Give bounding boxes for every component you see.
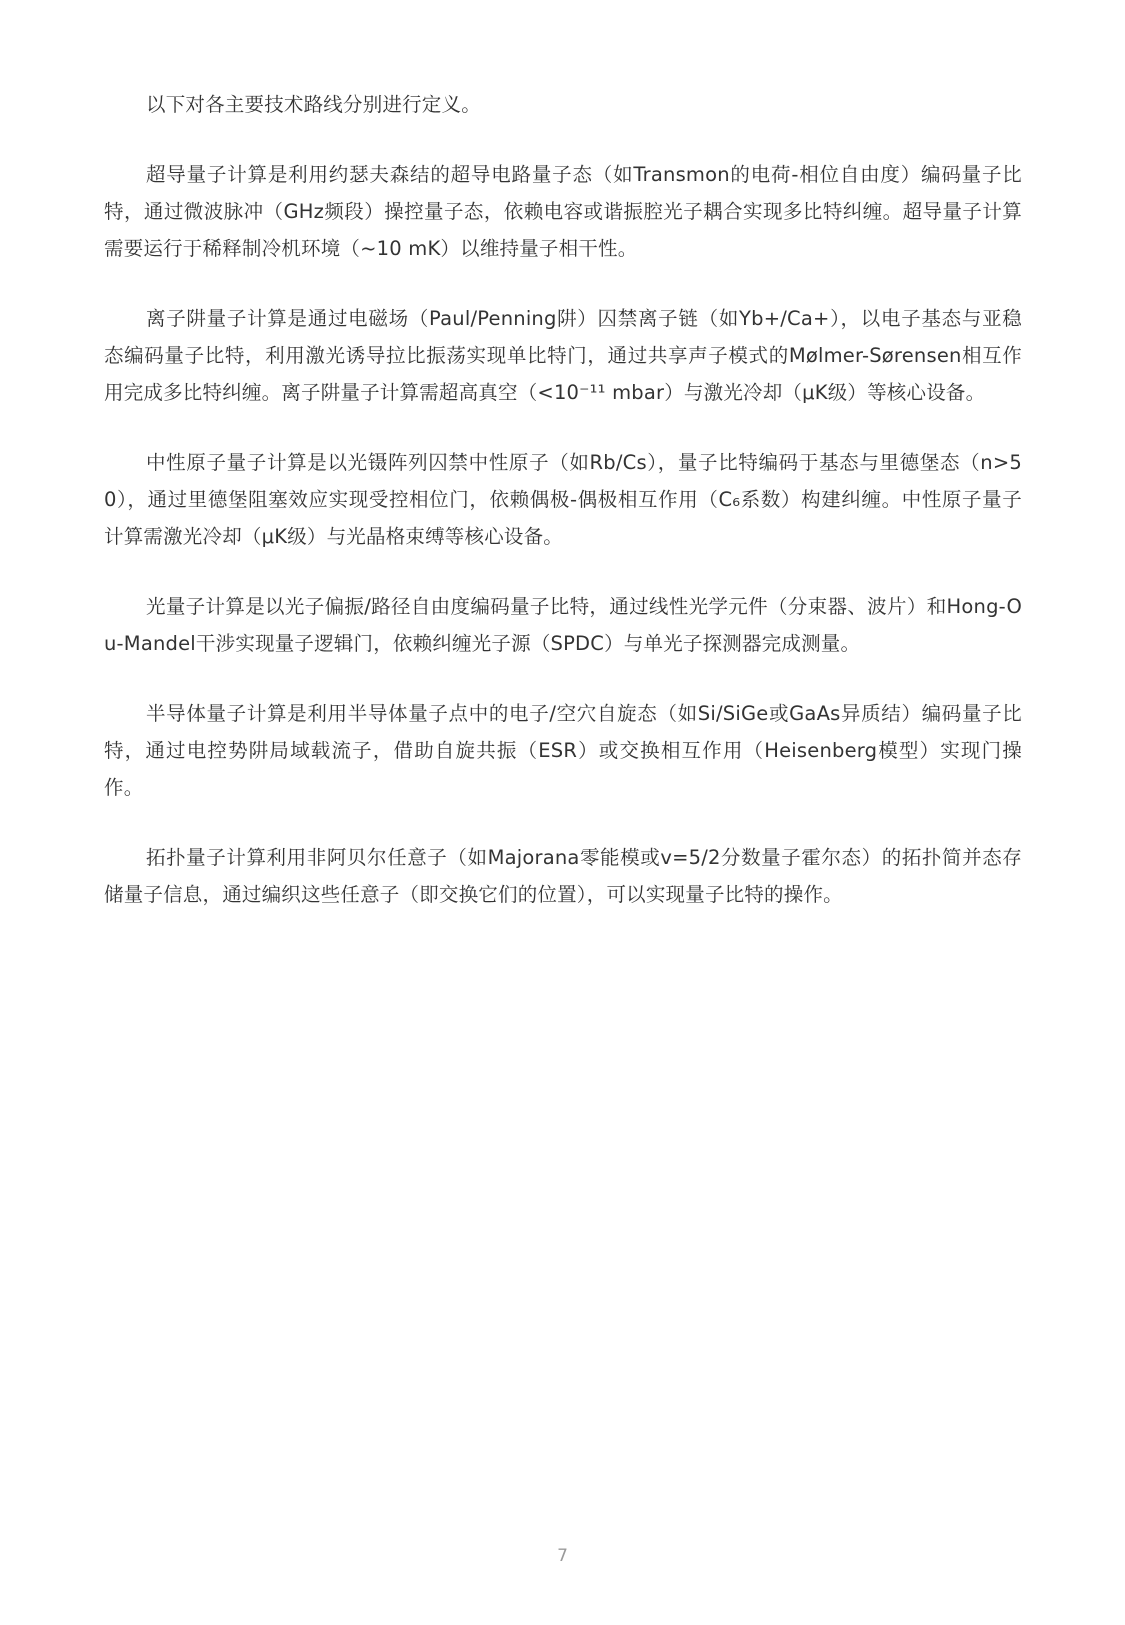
paragraph-semiconductor: 半导体量子计算是利用半导体量子点中的电子/空穴自旋态（如Si/SiGe或GaAs… xyxy=(104,695,1022,806)
paragraph-topological: 拓扑量子计算利用非阿贝尔任意子（如Majorana零能模或v=5/2分数量子霍尔… xyxy=(104,839,1022,913)
page-number: 7 xyxy=(0,1546,1125,1566)
paragraph-superconducting: 超导量子计算是利用约瑟夫森结的超导电路量子态（如Transmon的电荷-相位自由… xyxy=(104,156,1022,267)
document-page: 以下对各主要技术路线分别进行定义。 超导量子计算是利用约瑟夫森结的超导电路量子态… xyxy=(0,0,1125,1625)
paragraph-intro: 以下对各主要技术路线分别进行定义。 xyxy=(104,86,1022,123)
paragraph-photonic: 光量子计算是以光子偏振/路径自由度编码量子比特，通过线性光学元件（分束器、波片）… xyxy=(104,588,1022,662)
paragraph-ion-trap: 离子阱量子计算是通过电磁场（Paul/Penning阱）囚禁离子链（如Yb+/C… xyxy=(104,300,1022,411)
paragraph-neutral-atom: 中性原子量子计算是以光镊阵列囚禁中性原子（如Rb/Cs），量子比特编码于基态与里… xyxy=(104,444,1022,555)
document-body: 以下对各主要技术路线分别进行定义。 超导量子计算是利用约瑟夫森结的超导电路量子态… xyxy=(104,86,1022,946)
